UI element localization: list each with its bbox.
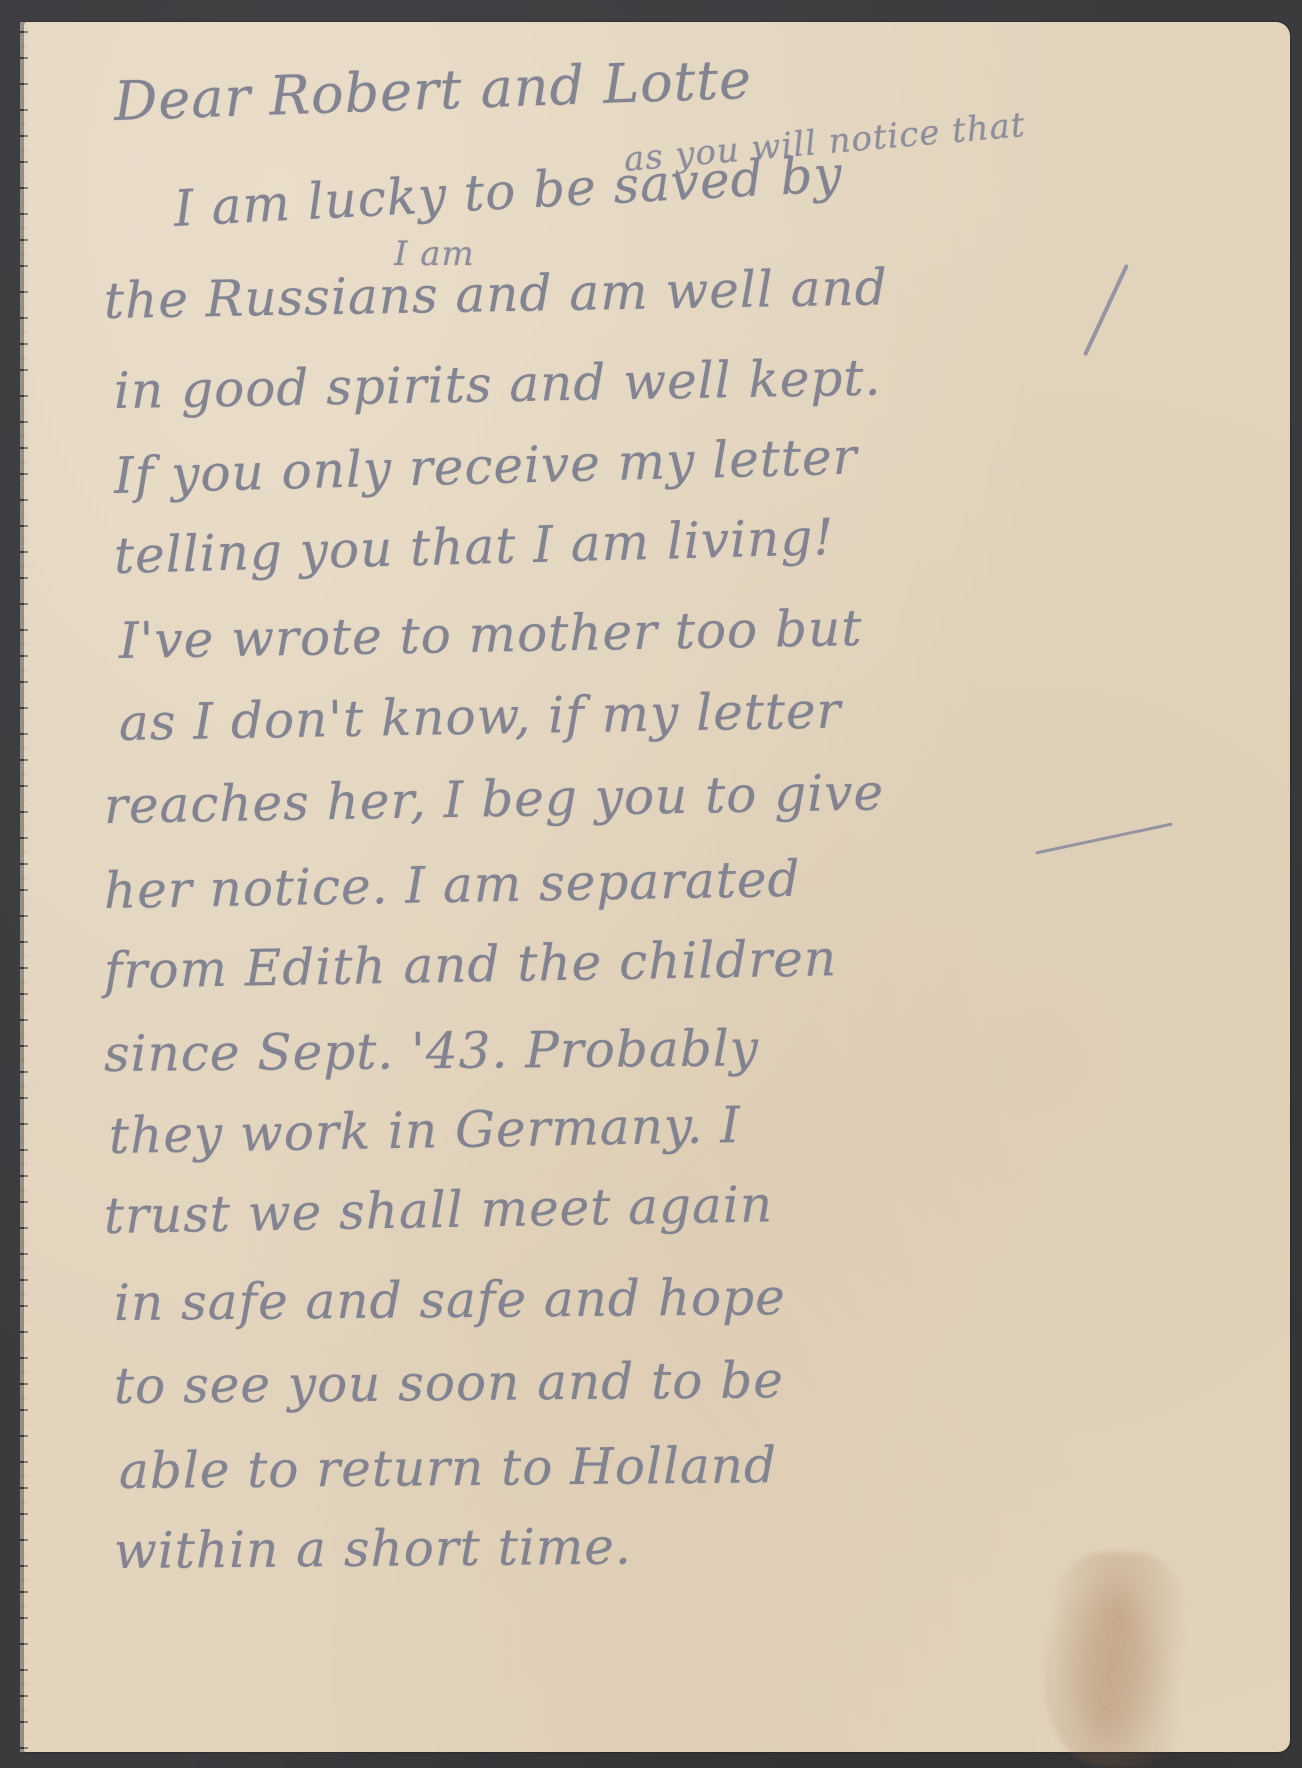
letter-line-14: in safe and safe and hope <box>114 1268 786 1332</box>
letter-line-2: the Russians and am well and <box>103 258 888 330</box>
underline-stroke <box>1035 822 1173 854</box>
letter-line-4: If you only receive my letter <box>113 428 858 505</box>
salutation: Dear Robert and Lotte <box>113 48 753 133</box>
letter-line-10: from Edith and the children <box>103 929 837 1000</box>
letter-line-5: telling you that I am living! <box>113 508 835 585</box>
letter-line-13: trust we shall meet again <box>103 1175 773 1245</box>
letter-line-7: as I don't know, if my letter <box>118 681 841 752</box>
letter-body: Dear Robert and Lotte as you will notice… <box>24 22 1290 1752</box>
letter-line-8: reaches her, I beg you to give <box>103 763 884 835</box>
letter-line-16: able to return to Holland <box>119 1436 777 1500</box>
letter-line-3: in good spirits and well kept. <box>113 349 881 420</box>
letter-line-17: within a short time. <box>114 1517 632 1580</box>
letter-paper: Dear Robert and Lotte as you will notice… <box>24 22 1290 1752</box>
letter-line-6: I've wrote to mother too but <box>118 599 862 670</box>
letter-line-12: they work in Germany. I <box>108 1096 741 1165</box>
insertion-stroke <box>1083 264 1129 356</box>
letter-line-1: I am lucky to be saved by <box>172 145 844 238</box>
letter-line-11: since Sept. '43. Probably <box>104 1019 759 1083</box>
letter-line-15: to see you soon and to be <box>114 1351 784 1415</box>
letter-line-9: her notice. I am separated <box>103 850 800 920</box>
